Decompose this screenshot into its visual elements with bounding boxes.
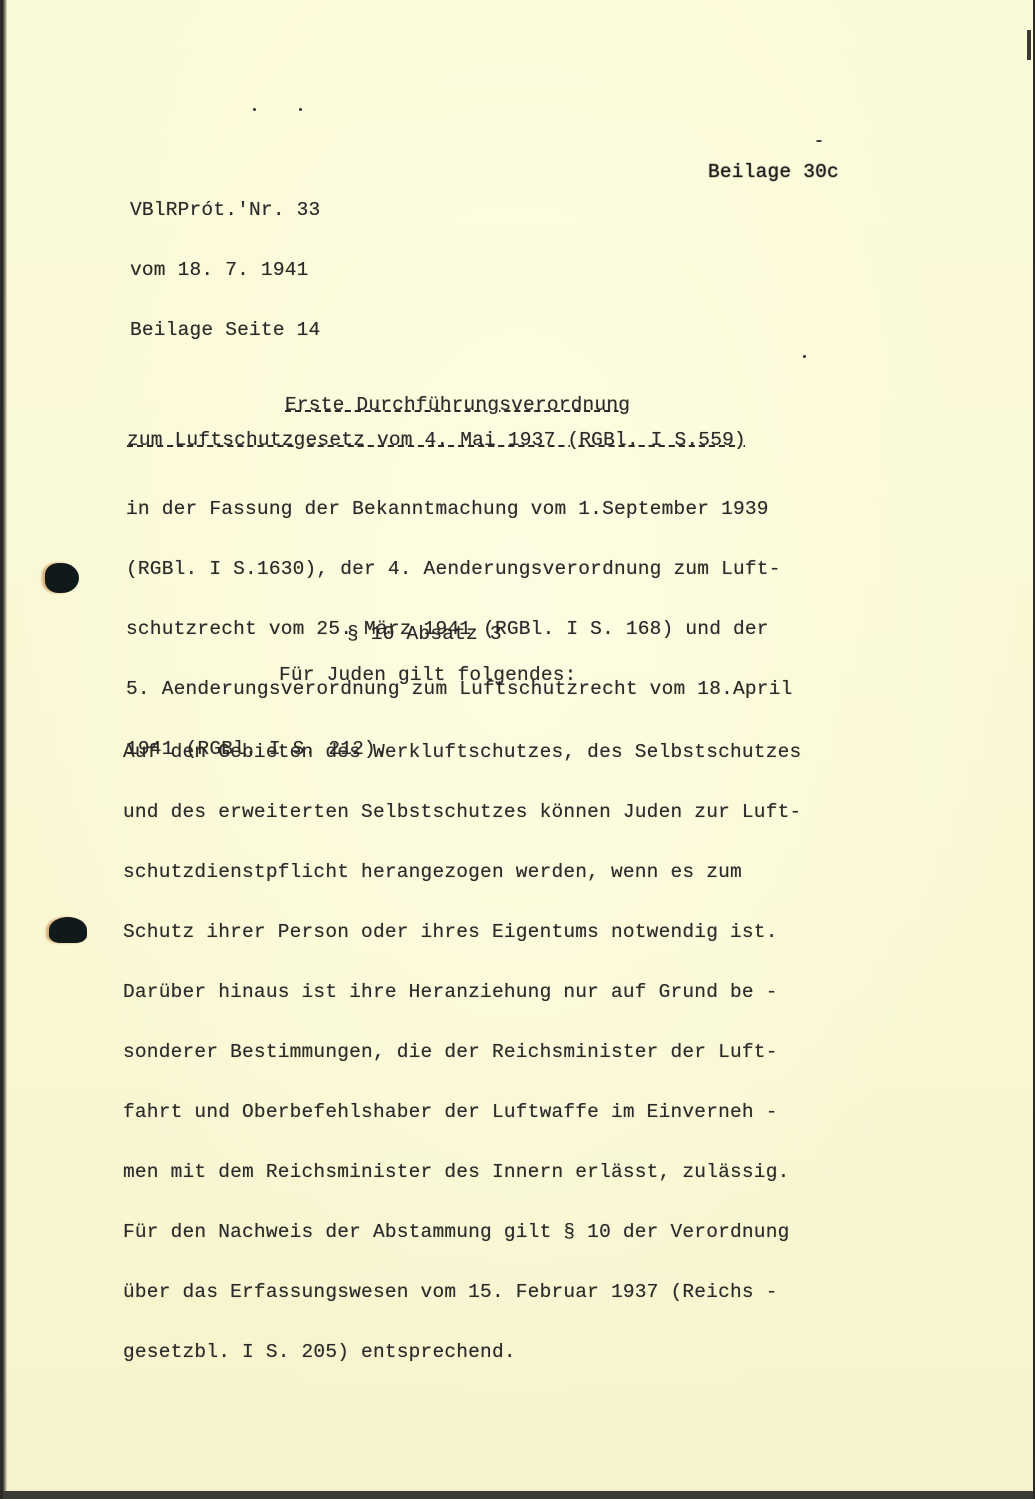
body-line: Schutz ihrer Person oder ihres Eigentums… bbox=[123, 922, 801, 942]
section-heading: § 10 Absatz 3 bbox=[347, 624, 502, 644]
body-line: Darüber hinaus ist ihre Heranziehung nur… bbox=[123, 982, 801, 1002]
protocol-number: VBlRPrót.'Nr. 33 bbox=[130, 200, 320, 220]
intro-line: (RGBl. I S.1630), der 4. Aenderungsveror… bbox=[126, 559, 793, 579]
page-edge-mark bbox=[1027, 30, 1031, 60]
body-line: Auf den Gebieten des Werkluftschutzes, d… bbox=[123, 742, 801, 762]
punch-hole-icon bbox=[45, 563, 79, 593]
punch-hole-icon bbox=[49, 917, 87, 943]
body-line: men mit dem Reichsminister des Innern er… bbox=[123, 1162, 801, 1182]
attachment-label: Beilage 30c bbox=[708, 162, 839, 182]
ink-speck bbox=[253, 108, 256, 111]
protocol-date: vom 18. 7. 1941 bbox=[130, 260, 320, 280]
body-line: über das Erfassungswesen vom 15. Februar… bbox=[123, 1282, 801, 1302]
page-edge-bottom bbox=[3, 1491, 1033, 1499]
ink-speck bbox=[803, 355, 806, 358]
body-line: fahrt und Oberbefehlshaber der Luftwaffe… bbox=[123, 1102, 801, 1122]
body-line: Für den Nachweis der Abstammung gilt § 1… bbox=[123, 1222, 801, 1242]
protocol-reference: VBlRPrót.'Nr. 33 vom 18. 7. 1941 Beilage… bbox=[130, 160, 320, 380]
body-line: gesetzbl. I S. 205) entsprechend. bbox=[123, 1342, 801, 1362]
section-subheading: Für Juden gilt folgendes: bbox=[279, 665, 577, 685]
body-line: und des erweiterten Selbstschutzes könne… bbox=[123, 802, 801, 822]
ink-speck bbox=[299, 108, 302, 111]
document-title: Erste Durchführungsverordnung bbox=[285, 395, 630, 415]
document-subtitle: zum Luftschutzgesetz vom 4. Mai 1937 (RG… bbox=[127, 430, 746, 450]
body-line: sonderer Bestimmungen, die der Reichsmin… bbox=[123, 1042, 801, 1062]
body-paragraph: Auf den Gebieten des Werkluftschutzes, d… bbox=[123, 702, 801, 1402]
attachment-page: Beilage Seite 14 bbox=[130, 320, 320, 340]
intro-line: in der Fassung der Bekanntmachung vom 1.… bbox=[126, 499, 793, 519]
body-line: schutzdienstpflicht herangezogen werden,… bbox=[123, 862, 801, 882]
page-edge-left bbox=[3, 0, 7, 1495]
document-page: VBlRPrót.'Nr. 33 vom 18. 7. 1941 Beilage… bbox=[3, 0, 1033, 1495]
ink-speck bbox=[816, 140, 822, 142]
